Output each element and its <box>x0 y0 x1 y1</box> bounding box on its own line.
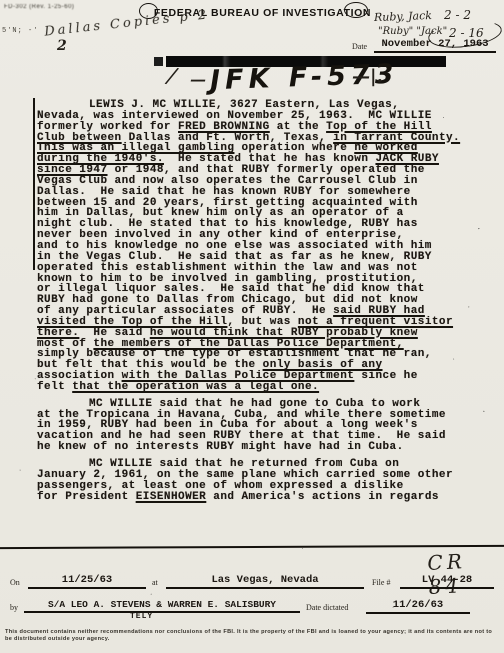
scanned-fbi-document-page: FD-302 (Rev. 1-25-60) FEDERAL BUREAU OF … <box>0 0 504 653</box>
paragraph: MC WILLIE said that he had gone to Cuba … <box>37 399 473 453</box>
pen-margin-line <box>33 98 35 270</box>
text-line: passengers, at least one of whom express… <box>37 481 473 492</box>
handwritten-check-mark: / <box>165 64 177 90</box>
text-line: he knew of no interests RUBY might have … <box>37 442 473 453</box>
handwritten-tail-mark: —|. <box>352 66 383 87</box>
by-label: by <box>10 603 18 612</box>
underlined-phrase: FRED BROWNING <box>178 121 270 133</box>
interview-location-value: Las Vegas, Nevada <box>166 574 364 589</box>
text-line: operated this establishment within the l… <box>37 263 473 274</box>
text-line: for President EISENHOWER and America's a… <box>37 492 473 503</box>
typist-initials: TELY <box>130 612 153 621</box>
underlined-phrase: EISENHOWER <box>136 491 207 503</box>
date-dictated-value: 11/26/63 <box>366 599 470 614</box>
fbi-disclaimer-text: This document contains neither recommend… <box>5 629 499 643</box>
handwritten-scribble: Dallas Copies p 2 <box>44 7 210 39</box>
paragraph: LEWIS J. MC WILLIE, 3627 Eastern, Las Ve… <box>37 100 473 393</box>
date-value: November 27, 1963 <box>374 38 496 53</box>
handwritten-page-number: 2 <box>57 38 67 54</box>
date-dictated-label: Date dictated <box>306 603 348 612</box>
text-line: MC WILLIE said that he had gone to Cuba … <box>37 399 473 410</box>
text-line: Dallas. He said that he has known RUBY f… <box>37 187 473 198</box>
corner-smudge-marks: 5'N; -' <box>2 27 38 35</box>
at-label: at <box>152 578 158 587</box>
file-number-value: LV 44-28 <box>400 574 494 589</box>
document-body: LEWIS J. MC WILLIE, 3627 Eastern, Las Ve… <box>37 100 473 508</box>
underlined-phrase: that the operation was a legal one. <box>72 381 319 393</box>
form-marking: FD-302 (Rev. 1-25-60) <box>4 4 74 10</box>
handwritten-cr-mark: CR 84 <box>427 547 504 599</box>
redaction-square <box>154 57 163 66</box>
footer-rule-line <box>0 545 504 549</box>
handwritten-dash: — <box>190 70 206 89</box>
date-label: Date <box>352 42 367 51</box>
agent-names-value: S/A LEO A. STEVENS & WARREN E. SALISBURY <box>24 599 300 613</box>
text-line: felt that the operation was a legal one. <box>37 382 473 393</box>
paragraph: MC WILLIE said that he returned from Cub… <box>37 459 473 502</box>
underlined-phrase: there. <box>37 327 79 339</box>
pen-circle-mark-right <box>344 2 368 18</box>
file-number-label: File # <box>372 578 390 587</box>
on-label: On <box>10 578 20 587</box>
interview-date-value: 11/25/63 <box>28 574 146 589</box>
handwritten-subject-name-1: Ruby, Jack <box>374 9 432 24</box>
